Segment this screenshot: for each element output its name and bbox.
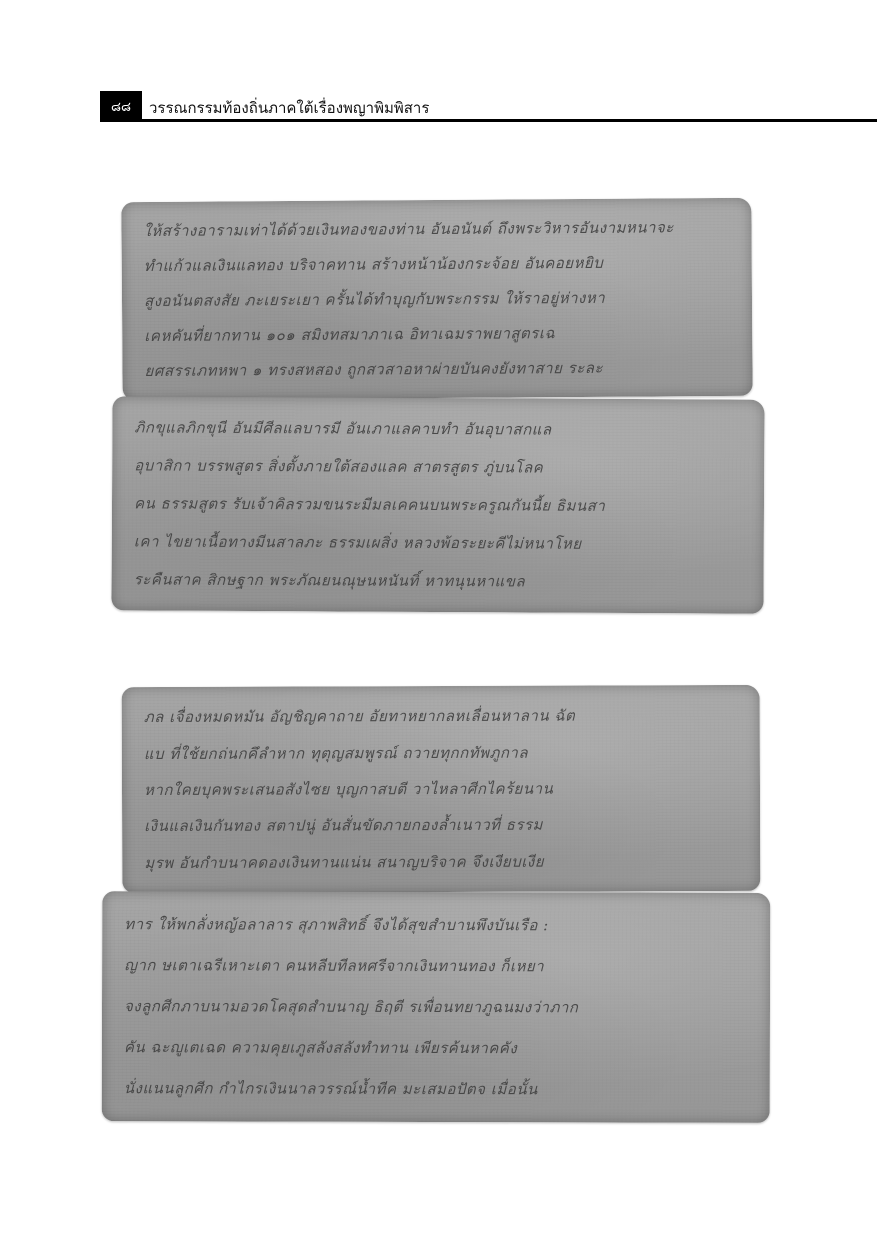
manuscript-text: ภล เจื่องหมดหมัน อัญชิญคาถาย อัยทาหยากลห… <box>144 697 743 881</box>
page-number: ๘๘ <box>100 91 142 122</box>
manuscript-line: คน ธรรมสูตร รับเจ้าคิลรวมขนระมีมลเคคนบนพ… <box>134 491 746 518</box>
manuscript-leaf: ให้สร้างอารามเท่าได้ด้วยเงินทองของท่าน อ… <box>121 198 752 400</box>
manuscript-leaf: ทาร ให้พกลั่งหญ้อลาลาร สุภาพสิทธิ์ จึงได… <box>102 891 771 1123</box>
manuscript-text: ภิกขุแลภิกขุนี อันมีศีลแลบารมี อันเภาแลค… <box>134 408 747 601</box>
manuscript-line: ทาร ให้พกลั่งหญ้อลาลาร สุภาพสิทธิ์ จึงได… <box>124 912 752 938</box>
manuscript-line: จงลูกศีกภาบนามอวดโคสุดสำบนาญ ธิฤตี รเพื่… <box>124 994 752 1020</box>
manuscript-line: เคหคันที่ยากทาน ๑๐๑ สมิงทสมาภาเฉ อิทาเฉม… <box>144 320 734 348</box>
manuscript-line: ระคืนสาค สิกษฐาก พระภัณยนณุษนหนันทิ์ หาท… <box>134 567 746 594</box>
manuscript-leaf: ภล เจื่องหมดหมัน อัญชิญคาถาย อัยทาหยากลห… <box>122 685 761 893</box>
manuscript-leaf: ภิกขุแลภิกขุนี อันมีศีลแลบารมี อันเภาแลค… <box>111 396 764 613</box>
manuscript-line: คัน ฉะญูเตเฉด ความคุยเภูสลังสลังทำทาน เพ… <box>124 1035 752 1061</box>
running-title: วรรณกรรมท้องถิ่นภาคใต้เรื่องพญาพิมพิสาร <box>149 96 429 120</box>
manuscript-text: ทาร ให้พกลั่งหญ้อลาลาร สุภาพสิทธิ์ จึงได… <box>124 903 753 1111</box>
manuscript-line: ให้สร้างอารามเท่าได้ด้วยเงินทองของท่าน อ… <box>143 215 733 243</box>
page-header: ๘๘ วรรณกรรมท้องถิ่นภาคใต้เรื่องพญาพิมพิส… <box>100 91 877 122</box>
manuscript-line: แบ ที่ใช้ยกถ่นกคึลำหาก ทุตุญสมพูรณ์ ถวาย… <box>144 740 742 766</box>
manuscript-line: เงินแลเงินกันทอง สตาปนู่ อันสั่นขัดภายกอ… <box>144 812 742 838</box>
manuscript-line: ญาก ษเตาเฉรีเหาะเตา คนหลีบทีลหศรีจากเงิน… <box>124 953 752 979</box>
manuscript-text: ให้สร้างอารามเท่าได้ด้วยเงินทองของท่าน อ… <box>143 210 734 388</box>
manuscript-line: เคา ไขยาเนื้อทางมีนสาลภะ ธรรมเผสิ่ง หลวง… <box>134 529 746 556</box>
manuscript-line: อุบาสิกา บรรพสูตร สิ่งตั้งภายใต้สองแลค ส… <box>134 453 746 480</box>
manuscript-line: ภิกขุแลภิกขุนี อันมีศีลแลบารมี อันเภาแลค… <box>134 415 746 442</box>
manuscript-line: ภล เจื่องหมดหมัน อัญชิญคาถาย อัยทาหยากลห… <box>144 703 742 729</box>
manuscript-line: นั่งแนนลูกศีก กำไกรเงินนาลวรรณ์น้ำทีค มะ… <box>124 1077 752 1103</box>
manuscript-line: ยศสรรเภทหพา ๑ ทรงสหสอง ถูกสวสาอหาผ่ายบัน… <box>144 355 734 383</box>
manuscript-line: หากใคยบุคพระเสนอสังไซย บุญกาสบตี วาไหลาศ… <box>144 776 742 802</box>
manuscript-line: ทำแก้วแลเงินแลทอง บริจาคทาน สร้างหน้าน้อ… <box>144 250 734 278</box>
manuscript-line: สูงอนันตสงสัย ภะเยระเยา ครั้นได้ทำบุญกับ… <box>144 285 734 313</box>
header-rule <box>142 119 877 122</box>
manuscript-line: มุรพ อันกำบนาคดองเงินทานแน่น สนาญบริจาค … <box>144 849 742 875</box>
